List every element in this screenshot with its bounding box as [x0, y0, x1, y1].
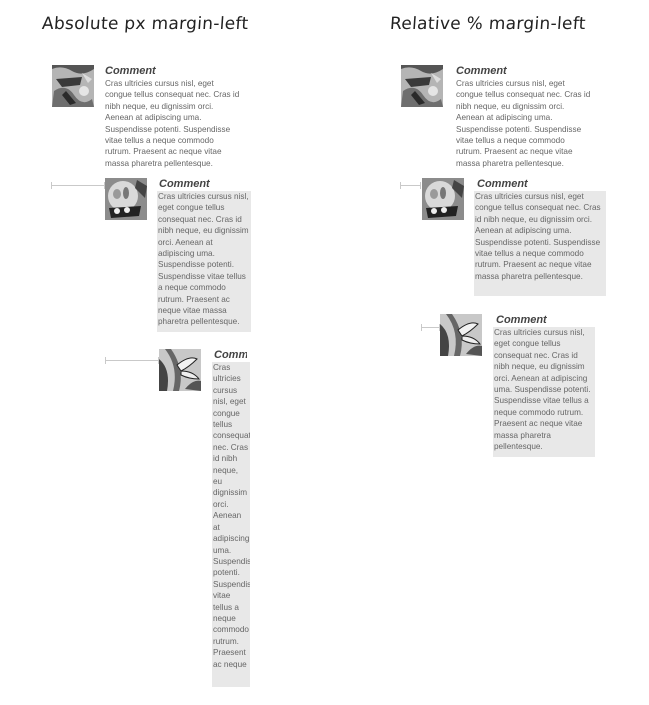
avatar-clown-icon: [422, 178, 464, 220]
comment-level-2: Comment Cras ultricies cursus nisl, eget…: [105, 178, 255, 333]
comment-level-3: Comment Cras ultricies cursus nisl, eget…: [440, 314, 610, 459]
comment-body: Cras ultricies cursus nisl, eget congue …: [455, 78, 593, 171]
thread-connector: [400, 185, 421, 186]
comment-level-2: Comment Cras ultricies cursus nisl, eget…: [422, 178, 612, 298]
avatar-abstract-icon: [52, 65, 94, 107]
avatar-flower-icon: [440, 314, 482, 356]
relative-margin-panel: Relative % margin-left Comment Cras ultr…: [325, 0, 649, 705]
avatar-abstract-icon: [401, 65, 443, 107]
comment-body: Cras ultricies cursus nisl, eget congue …: [474, 191, 606, 296]
comment-title: Comment: [159, 178, 210, 191]
comment-title: Comment: [456, 65, 507, 78]
comment-title: Comment: [105, 65, 156, 78]
avatar-clown-icon: [105, 178, 147, 220]
comment-level-1: Comment Cras ultricies cursus nisl, eget…: [52, 65, 252, 165]
thread-connector: [51, 185, 105, 186]
comment-level-3: Comment Cras ultricies cursus nisl, eget…: [159, 349, 251, 689]
thread-connector: [421, 327, 440, 328]
comment-body: Cras ultricies cursus nisl, eget congue …: [212, 362, 250, 687]
thread-connector: [105, 360, 159, 361]
absolute-margin-panel: Absolute px margin-left Comment Cras ult…: [0, 0, 325, 705]
comment-level-1: Comment Cras ultricies cursus nisl, eget…: [401, 65, 601, 165]
comment-title: Comment: [496, 314, 547, 327]
comment-body: Cras ultricies cursus nisl, eget congue …: [493, 327, 595, 457]
avatar-flower-icon: [159, 349, 201, 391]
comment-body: Cras ultricies cursus nisl, eget congue …: [104, 78, 242, 171]
comment-body: Cras ultricies cursus nisl, eget congue …: [157, 191, 251, 332]
panel-title: Relative % margin-left: [389, 14, 586, 34]
comment-title: Comment: [477, 178, 528, 191]
panel-title: Absolute px margin-left: [41, 14, 249, 34]
comment-title: Comment: [214, 349, 247, 362]
